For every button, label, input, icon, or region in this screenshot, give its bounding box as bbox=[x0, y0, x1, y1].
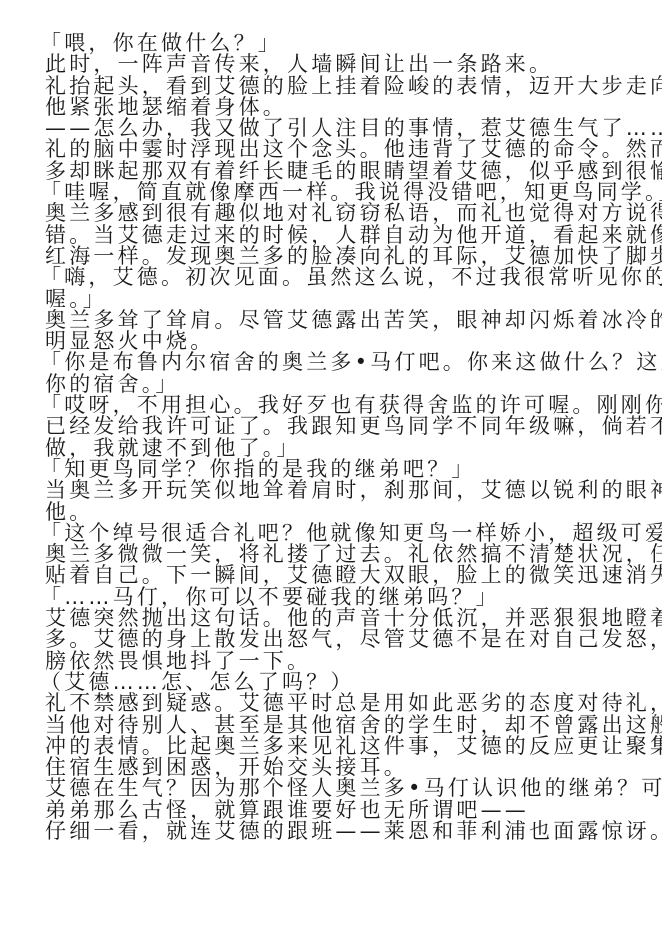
text-line: 住宿生感到困惑，开始交头接耳。 bbox=[45, 757, 645, 778]
text-line: 「这个绰号很适合礼吧？他就像知更鸟一样娇小，超级可爱。」 bbox=[40, 523, 645, 544]
text-line: 奥兰多微微一笑，将礼搂了过去。礼依然搞不清楚状况，任由对方 bbox=[45, 544, 645, 565]
text-line: 艾德在生气？因为那个怪人奥兰多•马仃认识他的继弟？可是，他 bbox=[45, 778, 645, 799]
text-line: 明显怒火中烧。 bbox=[45, 331, 645, 352]
text-line: 喔。」 bbox=[45, 289, 645, 310]
text-line: 你的宿舍。」 bbox=[45, 374, 645, 395]
text-line: 当奥兰多开玩笑似地耸着肩时，刹那间，艾德以锐利的眼神瞪着 bbox=[45, 480, 645, 501]
text-line: 多却眯起那双有着纤长睫毛的眼睛望着艾德，似乎感到很愉快。 bbox=[45, 161, 645, 182]
text-line: 冲的表情。比起奥兰多来见礼这件事，艾德的反应更让聚集在此的 bbox=[45, 736, 645, 757]
text-line: 已经发给我许可证了。我跟知更鸟同学不同年级嘛，倘若不这么 bbox=[45, 416, 645, 437]
text-line: 贴着自己。下一瞬间，艾德瞪大双眼，脸上的微笑迅速消失无踪。 bbox=[45, 565, 645, 586]
text-line: 「知更鸟同学？你指的是我的继弟吧？」 bbox=[40, 459, 645, 480]
text-line: 艾德突然抛出这句话。他的声音十分低沉，并恶狠狠地瞪着奥兰 bbox=[45, 608, 645, 629]
text-line: 多。艾德的身上散发出怒气，尽管艾德不是在对自己发怒，礼的肩 bbox=[45, 629, 645, 650]
text-line: 错。当艾德走过来的时候，人群自动为他开道，看起来就像摩西分 bbox=[45, 225, 645, 246]
text-line: 他紧张地瑟缩着身体。 bbox=[45, 97, 645, 118]
text-line: 膀依然畏惧地抖了一下。 bbox=[45, 651, 645, 672]
text-line: 「嗨，艾德。初次见面。虽然这么说，不过我很常听见你的传闻 bbox=[40, 267, 645, 288]
text-line: 礼不禁感到疑惑。艾德平时总是用如此恶劣的态度对待礼，可是， bbox=[45, 693, 645, 714]
text-line: 礼的脑中霎时浮现出这个念头。他违背了艾德的命令。然而，奥兰 bbox=[45, 139, 645, 160]
text-line: 「哇喔，简直就像摩西一样。我说得没错吧，知更鸟同学。」 bbox=[40, 182, 645, 203]
text-line: 此时，一阵声音传来，人墙瞬间让出一条路来。 bbox=[45, 54, 645, 75]
text-line: 当他对待别人、甚至是其他宿舍的学生时，却不曾露出这般怒气冲 bbox=[45, 715, 645, 736]
text-line: 奥兰多感到很有趣似地对礼窃窃私语，而礼也觉得对方说得的确没 bbox=[45, 203, 645, 224]
document-page: 「喂，你在做什么？」 此时，一阵声音传来，人墙瞬间让出一条路来。 礼抬起头，看到… bbox=[45, 33, 645, 842]
text-line: 仔细一看，就连艾德的跟班——莱恩和菲利浦也面露惊讶。 bbox=[45, 821, 645, 842]
text-line: ——怎么办，我又做了引人注目的事情，惹艾德生气了…… bbox=[45, 118, 645, 139]
text-line: 「你是布鲁内尔宿舍的奥兰多•马仃吧。你来这做什么？这里不是 bbox=[40, 352, 645, 373]
text-line: （艾德……怎、怎么了吗？） bbox=[40, 672, 645, 693]
text-line: 做，我就逮不到他了。」 bbox=[45, 438, 645, 459]
text-line: 「哎呀，不用担心。我好歹也有获得舍监的许可喔。刚刚你们舍监 bbox=[40, 395, 645, 416]
text-line: 「……马仃，你可以不要碰我的继弟吗？」 bbox=[40, 587, 645, 608]
text-line: 他。 bbox=[45, 502, 645, 523]
text-line: 弟弟那么古怪，就算跟谁要好也无所谓吧—— bbox=[45, 800, 645, 821]
text-line: 「喂，你在做什么？」 bbox=[40, 33, 645, 54]
text-line: 奥兰多耸了耸肩。尽管艾德露出苦笑，眼神却闪烁着冰冷的光芒， bbox=[45, 310, 645, 331]
text-line: 礼抬起头，看到艾德的脸上挂着险峻的表情，迈开大步走向自己。 bbox=[45, 76, 645, 97]
text-line: 红海一样。发现奥兰多的脸凑向礼的耳际，艾德加快了脚步。 bbox=[45, 246, 645, 267]
